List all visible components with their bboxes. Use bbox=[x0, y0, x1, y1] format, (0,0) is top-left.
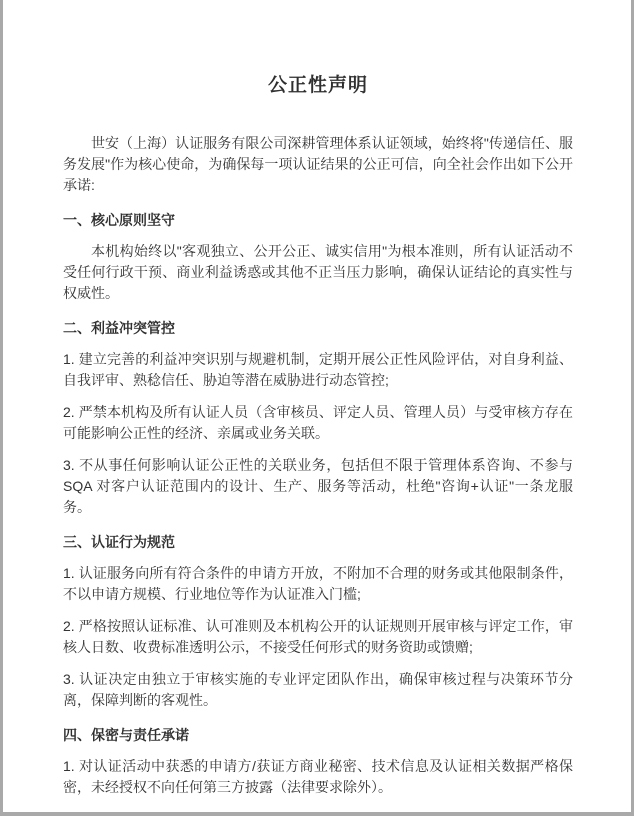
section-heading: 二、利益冲突管控 bbox=[63, 318, 573, 338]
section-conflict-of-interest: 二、利益冲突管控 1. 建立完善的利益冲突识别与规避机制，定期开展公正性风险评估… bbox=[63, 318, 573, 518]
document-title: 公正性声明 bbox=[63, 70, 573, 97]
section-paragraph: 2. 严禁本机构及所有认证人员（含审核员、评定人员、管理人员）与受审核方存在可能… bbox=[63, 402, 573, 444]
section-paragraph: 1. 建立完善的利益冲突识别与规避机制，定期开展公正性风险评估，对自身利益、自我… bbox=[63, 349, 573, 391]
section-paragraph: 1. 认证服务向所有符合条件的申请方开放，不附加不合理的财务或其他限制条件，不以… bbox=[63, 563, 573, 605]
section-heading: 一、核心原则坚守 bbox=[63, 210, 573, 230]
document-page: 公正性声明 世安（上海）认证服务有限公司深耕管理体系认证领域，始终将"传递信任、… bbox=[0, 0, 634, 816]
section-confidentiality: 四、保密与责任承诺 1. 对认证活动中获悉的申请方/获证方商业秘密、技术信息及认… bbox=[63, 725, 573, 798]
section-paragraph: 2. 严格按照认证标准、认可准则及本机构公开的认证规则开展审核与评定工作，审核人… bbox=[63, 616, 573, 658]
section-certification-conduct: 三、认证行为规范 1. 认证服务向所有符合条件的申请方开放，不附加不合理的财务或… bbox=[63, 532, 573, 711]
section-paragraph: 3. 认证决定由独立于审核实施的专业评定团队作出，确保审核过程与决策环节分离，保… bbox=[63, 669, 573, 711]
section-paragraph: 本机构始终以"客观独立、公开公正、诚实信用"为根本准则，所有认证活动不受任何行政… bbox=[63, 241, 573, 304]
section-paragraph: 3. 不从事任何影响认证公正性的关联业务，包括但不限于管理体系咨询、不参与 SQ… bbox=[63, 455, 573, 518]
document-content: 公正性声明 世安（上海）认证服务有限公司深耕管理体系认证领域，始终将"传递信任、… bbox=[3, 0, 631, 798]
intro-paragraph: 世安（上海）认证服务有限公司深耕管理体系认证领域，始终将"传递信任、服务发展"作… bbox=[63, 133, 573, 196]
section-core-principles: 一、核心原则坚守 本机构始终以"客观独立、公开公正、诚实信用"为根本准则，所有认… bbox=[63, 210, 573, 304]
section-heading: 三、认证行为规范 bbox=[63, 532, 573, 552]
section-heading: 四、保密与责任承诺 bbox=[63, 725, 573, 745]
section-paragraph: 1. 对认证活动中获悉的申请方/获证方商业秘密、技术信息及认证相关数据严格保密，… bbox=[63, 756, 573, 798]
